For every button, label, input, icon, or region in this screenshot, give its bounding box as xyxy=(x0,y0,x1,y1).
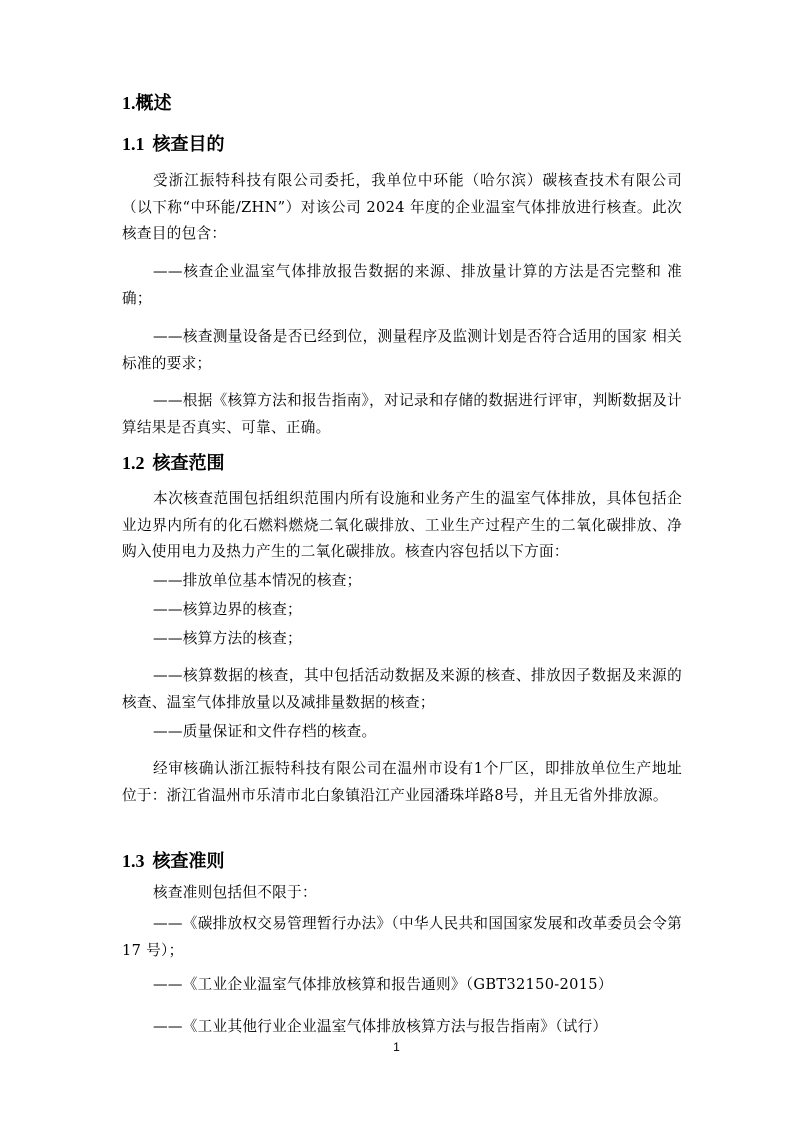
list-item: ——根据《核算方法和报告指南》，对记录和存储的数据进行评审，判断数据及计算结果是… xyxy=(122,388,682,441)
document-page: 1.概述 1.1核查目的 受浙江振特科技有限公司委托，我单位中环能（哈尔滨）碳核… xyxy=(0,0,793,1122)
paragraph: 经审核确认浙江振特科技有限公司在温州市设有1个厂区，即排放单位生产地址位于：浙江… xyxy=(122,756,682,809)
section-title: 核查范围 xyxy=(153,453,225,473)
section-title: 核查准则 xyxy=(153,851,225,871)
list-item: ——质量保证和文件存档的核查。 xyxy=(122,719,682,746)
list-item: ——《碳排放权交易管理暂行办法》（中华人民共和国国家发展和改革委员会令第17 号… xyxy=(122,911,682,964)
list-item: ——核算数据的核查，其中包括活动数据及来源的核查、排放因子数据及来源的核查、温室… xyxy=(122,663,682,716)
section-heading-1-1: 1.1核查目的 xyxy=(122,133,682,155)
list-item: ——核查测量设备是否已经到位，测量程序及监测计划是否符合适用的国家 相关标准的要… xyxy=(122,324,682,377)
paragraph: 本次核查范围包括组织范围内所有设施和业务产生的温室气体排放，具体包括企业边界内所… xyxy=(122,486,682,566)
section-heading-1-2: 1.2核查范围 xyxy=(122,452,682,474)
list-item: ——核算边界的核查； xyxy=(122,597,682,624)
list-item: ——核查企业温室气体排放报告数据的来源、排放量计算的方法是否完整和 准确； xyxy=(122,259,682,312)
section-number: 1.3 xyxy=(122,851,145,871)
section-number: 1.1 xyxy=(122,134,145,154)
paragraph: 核查准则包括但不限于： xyxy=(122,880,682,907)
page-number: 1 xyxy=(0,1040,793,1054)
section-number: 1.2 xyxy=(122,453,145,473)
list-item: ——《工业企业温室气体排放核算和报告通则》（GBT32150-2015） xyxy=(122,972,682,999)
chapter-heading: 1.概述 xyxy=(122,92,682,114)
section-title: 核查目的 xyxy=(153,134,225,154)
list-item: ——核算方法的核查； xyxy=(122,626,682,653)
paragraph: 受浙江振特科技有限公司委托，我单位中环能（哈尔滨）碳核查技术有限公司（以下称“中… xyxy=(122,168,682,248)
section-heading-1-3: 1.3核查准则 xyxy=(122,850,682,872)
list-item: ——排放单位基本情况的核查； xyxy=(122,568,682,595)
list-item: ——《工业其他行业企业温室气体排放核算方法与报告指南》（试行） xyxy=(122,1014,682,1041)
